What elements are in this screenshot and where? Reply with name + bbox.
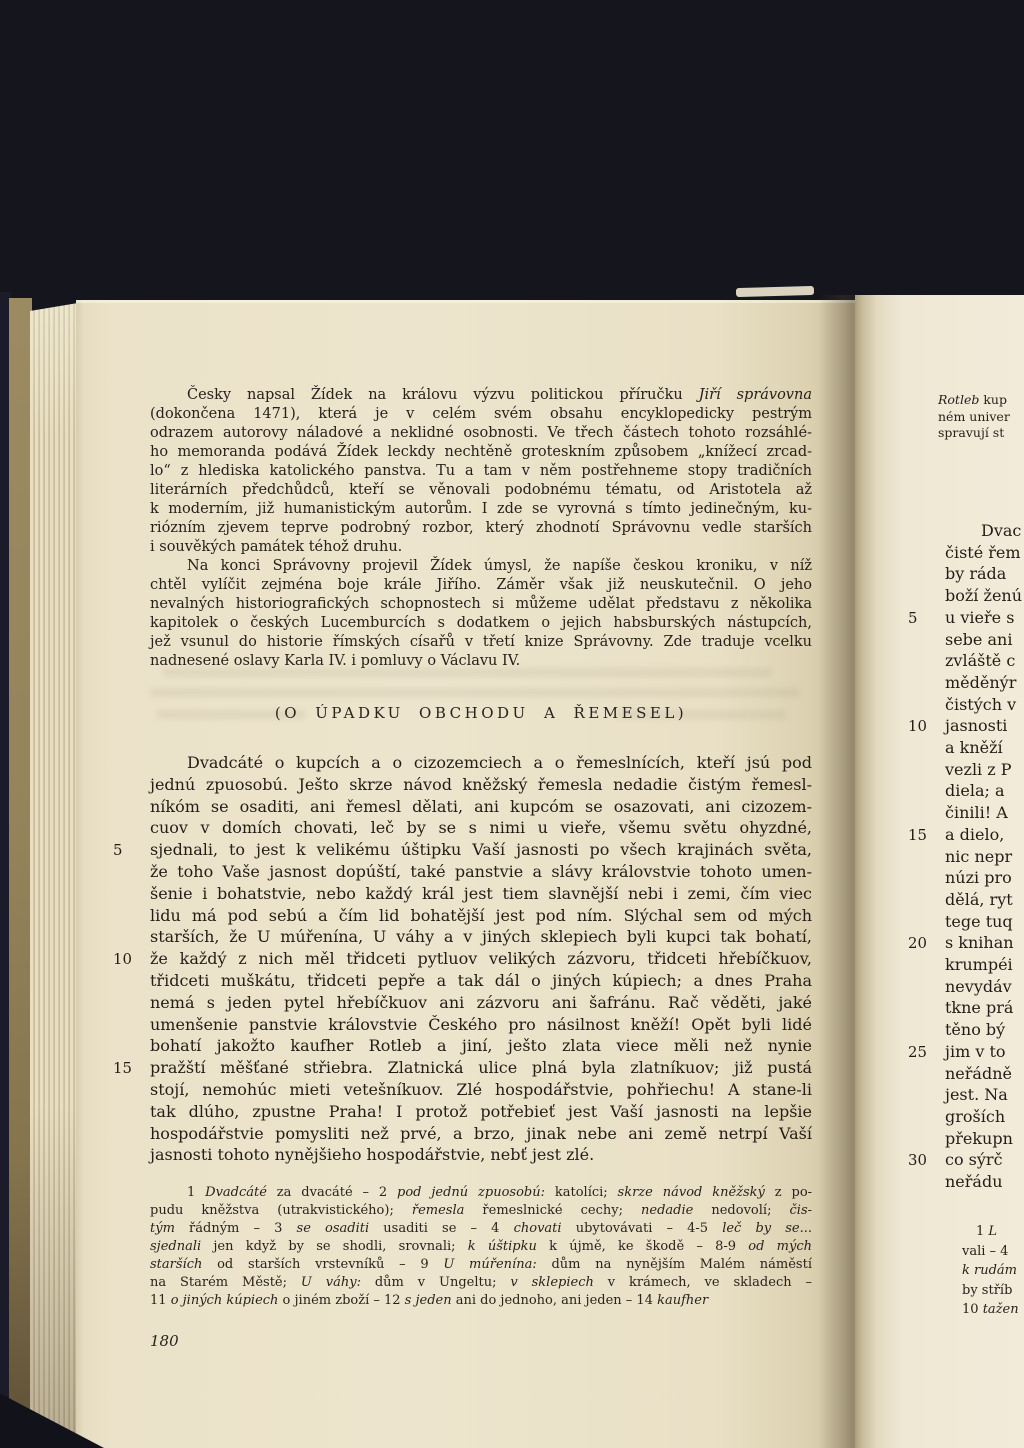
- text-segment: jednú zpuosobú. Ješto skrze návod kněžsk…: [150, 775, 812, 794]
- text-segment: vali – 4: [962, 1244, 1008, 1259]
- text-line: činili! A: [945, 802, 1024, 824]
- text-line: kapitolek o českých Lucemburcích s dodat…: [150, 614, 812, 633]
- text-segment: u vieře s: [945, 608, 1014, 627]
- text-segment: usaditi se – 4: [369, 1221, 513, 1236]
- text-line: neřádně: [945, 1063, 1024, 1085]
- text-segment-italic: k rudám: [962, 1263, 1017, 1278]
- text-segment: hospodářstvie pomysliti než prvé, a brzo…: [150, 1124, 812, 1143]
- page-fore-edges-shading: [30, 303, 78, 1448]
- text-segment: 1: [187, 1185, 205, 1200]
- text-segment: ubytovávati – 4-5: [562, 1221, 723, 1236]
- text-segment: o jiném zboží – 12: [278, 1293, 404, 1308]
- text-segment-italic: o jiných kúpiech: [171, 1293, 279, 1308]
- text-segment: Dvadcáté o kupcích a o cizozemciech a o …: [187, 753, 812, 772]
- text-segment: neřádně: [945, 1064, 1012, 1083]
- text-segment-italic: od mých: [748, 1239, 812, 1254]
- text-segment: jasnosti: [945, 716, 1007, 735]
- margin-line-number: 10: [908, 716, 936, 738]
- text-line: Dvadcáté o kupcích a o cizozemciech a o …: [150, 752, 812, 774]
- text-segment-italic: kaufher: [657, 1293, 708, 1308]
- text-line: nevydáv: [945, 976, 1024, 998]
- margin-line-number: 15: [113, 1058, 141, 1080]
- text-segment: překupn: [945, 1129, 1013, 1148]
- text-line: chtěl vylíčit zejména boje krále Jiřího.…: [150, 576, 812, 595]
- text-segment: že každý z nich měl třidceti pytluov vel…: [150, 949, 812, 968]
- text-line: tým řádným – 3 se osaditi usaditi se – 4…: [150, 1220, 812, 1238]
- intro-paragraph-1: Česky napsal Žídek na královu výzvu poli…: [150, 386, 812, 557]
- text-segment: by ráda: [945, 564, 1006, 583]
- margin-line-number: 5: [908, 608, 936, 630]
- text-line: neřádu: [945, 1171, 1024, 1193]
- text-line: 20s knihan: [945, 932, 1024, 954]
- text-segment-italic: řemesla: [412, 1203, 465, 1218]
- text-segment: i souvěkých památek téhož druhu.: [150, 539, 402, 555]
- text-segment: pudu kněžstva (utrakvistického);: [150, 1203, 412, 1218]
- text-segment: jen když by se shodli, srovnali;: [201, 1239, 468, 1254]
- text-line: 5sjednali, to jest k velikému úštipku Va…: [150, 839, 812, 861]
- text-segment: nevalných historiografických schopnostec…: [150, 596, 812, 612]
- margin-line-number: 20: [908, 933, 936, 955]
- text-segment: čisté řem: [945, 543, 1021, 562]
- text-line: 10že každý z nich měl třidceti pytluov v…: [150, 948, 812, 970]
- text-segment: níkóm se osaditi, ani řemesl dělati, ani…: [150, 797, 812, 816]
- margin-line-number: 25: [908, 1042, 936, 1064]
- text-segment: jest. Na: [945, 1085, 1008, 1104]
- edition-text-right: Dvacčisté řemby rádaboží ženú5u vieře ss…: [945, 520, 1024, 1193]
- text-segment: řemeslnické cechy;: [464, 1203, 641, 1218]
- text-line: núzi pro: [945, 867, 1024, 889]
- text-line: spravují st: [938, 425, 1024, 442]
- text-line: by stříb: [962, 1281, 1024, 1301]
- page-top-edge-highlight: [736, 286, 814, 297]
- edition-text: Dvadcáté o kupcích a o cizozemciech a o …: [150, 752, 812, 1166]
- text-segment-italic: čis-: [790, 1203, 813, 1218]
- text-line: jež vsunul do historie římských císařů v…: [150, 633, 812, 652]
- text-segment: řádným – 3: [175, 1221, 297, 1236]
- text-segment: ho memoranda podává Žídek leckdy nechtěn…: [150, 444, 812, 460]
- text-line: Na konci Správovny projevil Žídek úmysl,…: [150, 557, 812, 576]
- text-segment: od starších vrstevníků – 9: [202, 1257, 443, 1272]
- text-line: čisté řem: [945, 542, 1024, 564]
- text-segment: dům v Ungeltu;: [361, 1275, 510, 1290]
- text-segment: pražští měšťané střiebra. Zlatnická ulic…: [150, 1058, 812, 1077]
- text-segment-italic: pod jednú zpuosobú:: [397, 1185, 545, 1200]
- ink-bleed-ghost: [150, 688, 800, 697]
- text-segment-italic: L: [988, 1224, 997, 1239]
- text-segment: tkne prá: [945, 998, 1013, 1017]
- text-line: hospodářstvie pomysliti než prvé, a brzo…: [150, 1123, 812, 1145]
- text-segment: nedovolí;: [693, 1203, 789, 1218]
- book-cover-edge: [9, 298, 32, 1448]
- text-segment: núzi pro: [945, 868, 1012, 887]
- text-line: na Starém Městě; U váhy: dům v Ungeltu; …: [150, 1274, 812, 1292]
- text-segment: boží ženú: [945, 586, 1022, 605]
- text-segment: 1: [976, 1224, 988, 1239]
- text-segment-italic: Jiří správovna: [699, 387, 812, 403]
- text-line: ném univer: [938, 409, 1024, 426]
- text-line: 15pražští měšťané střiebra. Zlatnická ul…: [150, 1057, 812, 1079]
- text-line: sebe ani: [945, 629, 1024, 651]
- margin-line-number: 5: [113, 840, 141, 862]
- text-segment: odrazem autorovy náladové a neklidné oso…: [150, 425, 812, 441]
- text-segment-italic: s jeden: [405, 1293, 452, 1308]
- text-line: umenšenie panstvie královstvie Českého p…: [150, 1014, 812, 1036]
- text-line: krumpéi: [945, 954, 1024, 976]
- text-segment: kup: [979, 392, 1007, 407]
- text-segment: Na konci Správovny projevil Žídek úmysl,…: [187, 558, 812, 574]
- text-line: starších od starších vrstevníků – 9 U mú…: [150, 1256, 812, 1274]
- margin-line-number: 30: [908, 1150, 936, 1172]
- text-segment: bohatí jakožto kaufher Rotleb a jiní, je…: [150, 1036, 812, 1055]
- text-line: by ráda: [945, 563, 1024, 585]
- text-line: tege tuq: [945, 911, 1024, 933]
- text-segment-italic: tým: [150, 1221, 175, 1236]
- text-segment: 10: [962, 1302, 983, 1317]
- page-fore-edges: [30, 303, 78, 1448]
- text-segment: a kněží: [945, 738, 1003, 757]
- text-segment: k újmě, ke škodě – 8-9: [537, 1239, 748, 1254]
- text-segment: sjednali, to jest k velikému úštipku Vaš…: [150, 840, 812, 859]
- text-segment-italic: skrze návod kněžský: [618, 1185, 765, 1200]
- text-line: 15a dielo,: [945, 824, 1024, 846]
- text-segment-italic: k úštipku: [468, 1239, 537, 1254]
- text-segment: Dvac: [981, 521, 1021, 540]
- text-line: níkóm se osaditi, ani řemesl dělati, ani…: [150, 796, 812, 818]
- text-line: 1 L: [962, 1222, 1024, 1242]
- text-segment: chtěl vylíčit zejména boje krále Jiřího.…: [150, 577, 812, 593]
- text-line: 25jim v to: [945, 1041, 1024, 1063]
- text-line: cuov v domích chovati, leč by se s nimi …: [150, 817, 812, 839]
- ink-bleed-ghost: [162, 668, 772, 677]
- text-line: jednú zpuosobú. Ješto skrze návod kněžsk…: [150, 774, 812, 796]
- text-line: nic nepr: [945, 846, 1024, 868]
- footnotes-right: 1 Lvali – 4k rudámby stříb10 tažen: [962, 1222, 1024, 1320]
- right-page: Rotleb kupném universpravují st Dvacčist…: [855, 295, 1024, 1448]
- text-segment: lo“ z hlediska katolického panstva. Tu a…: [150, 463, 812, 479]
- text-line: Dvac: [945, 520, 1024, 542]
- text-line: (dokončena 1471), která je v celém svém …: [150, 405, 812, 424]
- text-line: 10 tažen: [962, 1300, 1024, 1320]
- text-line: riózním zjevem teprve podrobný rozbor, k…: [150, 519, 812, 538]
- text-segment-italic: v sklepiech: [510, 1275, 593, 1290]
- text-segment: jim v to: [945, 1042, 1006, 1061]
- text-segment: a dielo,: [945, 825, 1004, 844]
- text-segment: umenšenie panstvie královstvie Českého p…: [150, 1015, 812, 1034]
- margin-line-number: 15: [908, 825, 936, 847]
- text-line: 1 Dvadcáté za dvacáté – 2 pod jednú zpuo…: [150, 1184, 812, 1202]
- text-segment: nevydáv: [945, 977, 1012, 996]
- text-segment: by stříb: [962, 1283, 1012, 1298]
- margin-line-number: 10: [113, 949, 141, 971]
- text-line: tak dlúho, zpustne Praha! I protož potře…: [150, 1101, 812, 1123]
- text-segment: dům na nynějším Malém náměstí: [537, 1257, 812, 1272]
- text-line: odrazem autorovy náladové a neklidné oso…: [150, 424, 812, 443]
- text-segment-italic: sjednali: [150, 1239, 201, 1254]
- text-line: čistých v: [945, 694, 1024, 716]
- text-segment: měděnýr: [945, 673, 1016, 692]
- text-segment: s knihan: [945, 933, 1014, 952]
- text-line: lidu má pod sebú a čím lid bohatější jes…: [150, 905, 812, 927]
- text-line: Rotleb kup: [938, 392, 1024, 409]
- text-line: diela; a: [945, 780, 1024, 802]
- text-segment: čistých v: [945, 695, 1016, 714]
- text-segment: diela; a: [945, 781, 1005, 800]
- page-number: 180: [150, 1332, 179, 1350]
- intro-paragraph-2: Na konci Správovny projevil Žídek úmysl,…: [150, 557, 812, 671]
- text-segment-italic: U váhy:: [301, 1275, 361, 1290]
- text-line: jest. Na: [945, 1084, 1024, 1106]
- text-line: tkne prá: [945, 997, 1024, 1019]
- text-segment: neřádu: [945, 1172, 1003, 1191]
- text-segment: spravují st: [938, 425, 1004, 440]
- text-segment: co sýrč: [945, 1150, 1003, 1169]
- text-line: vezli z P: [945, 759, 1024, 781]
- text-segment: stojí, nemohúc mieti vetešníkuov. Zlé ho…: [150, 1080, 812, 1099]
- text-line: Česky napsal Žídek na královu výzvu poli…: [150, 386, 812, 405]
- text-segment: v krámech, ve skladech –: [594, 1275, 812, 1290]
- text-line: dělá, ryt: [945, 889, 1024, 911]
- text-line: nemá s jeden pytel hřebíčkuov ani zázvor…: [150, 992, 812, 1014]
- text-line: že toho Vaše jasnost dopúští, také panst…: [150, 861, 812, 883]
- text-segment: ani do jednoho, ani jeden – 14: [452, 1293, 658, 1308]
- text-segment: dělá, ryt: [945, 890, 1013, 909]
- text-line: i souvěkých památek téhož druhu.: [150, 538, 812, 557]
- section-heading: (O ÚPADKU OBCHODU A ŘEMESEL): [150, 704, 812, 722]
- text-segment-italic: leč by se...: [722, 1221, 812, 1236]
- text-line: třidceti muškátu, třidceti pepře a tak d…: [150, 970, 812, 992]
- book-photo: Česky napsal Žídek na královu výzvu poli…: [0, 0, 1024, 1448]
- text-segment: k moderním, již humanistickým autorům. I…: [150, 501, 812, 517]
- text-segment: nadnesené oslavy Karla IV. i pomluvy o V…: [150, 653, 520, 669]
- text-segment: že toho Vaše jasnost dopúští, také panst…: [150, 862, 812, 881]
- text-line: vali – 4: [962, 1242, 1024, 1262]
- left-page: Česky napsal Žídek na královu výzvu poli…: [76, 300, 855, 1448]
- text-segment-italic: U múřenína:: [443, 1257, 536, 1272]
- text-line: šenie i bohatstvie, nebo každý král jest…: [150, 883, 812, 905]
- text-segment: z po-: [765, 1185, 812, 1200]
- text-line: 11 o jiných kúpiech o jiném zboží – 12 s…: [150, 1292, 812, 1310]
- text-segment-italic: nedadie: [641, 1203, 693, 1218]
- text-line: sjednali jen když by se shodli, srovnali…: [150, 1238, 812, 1256]
- text-segment: cuov v domích chovati, leč by se s nimi …: [150, 818, 812, 837]
- text-segment: 11: [150, 1293, 171, 1308]
- text-segment: groších: [945, 1107, 1005, 1126]
- text-segment: jež vsunul do historie římských císařů v…: [150, 634, 812, 650]
- text-segment: těno bý: [945, 1020, 1005, 1039]
- text-line: 10jasnosti: [945, 715, 1024, 737]
- text-segment-italic: starších: [150, 1257, 202, 1272]
- text-segment: starších, že U múřenína, U váhy a v jiný…: [150, 927, 812, 946]
- text-segment: (dokončena 1471), která je v celém svém …: [150, 406, 812, 422]
- text-segment: jasnosti tohoto nynějšieho hospodářstvie…: [150, 1145, 594, 1164]
- text-segment-italic: chovati: [514, 1221, 562, 1236]
- text-segment: nic nepr: [945, 847, 1012, 866]
- text-line: jasnosti tohoto nynějšieho hospodářstvie…: [150, 1144, 812, 1166]
- footnotes: 1 Dvadcáté za dvacáté – 2 pod jednú zpuo…: [150, 1184, 812, 1310]
- text-line: boží ženú: [945, 585, 1024, 607]
- text-segment: krumpéi: [945, 955, 1013, 974]
- text-line: měděnýr: [945, 672, 1024, 694]
- text-segment: katolíci;: [545, 1185, 618, 1200]
- text-line: stojí, nemohúc mieti vetešníkuov. Zlé ho…: [150, 1079, 812, 1101]
- text-segment-italic: Dvadcáté: [205, 1185, 267, 1200]
- text-line: překupn: [945, 1128, 1024, 1150]
- text-line: pudu kněžstva (utrakvistického); řemesla…: [150, 1202, 812, 1220]
- text-line: lo“ z hlediska katolického panstva. Tu a…: [150, 462, 812, 481]
- text-line: nevalných historiografických schopnostec…: [150, 595, 812, 614]
- text-segment-italic: tažen: [983, 1302, 1019, 1317]
- text-segment: na Starém Městě;: [150, 1275, 301, 1290]
- text-segment: lidu má pod sebú a čím lid bohatější jes…: [150, 906, 812, 925]
- text-segment: sebe ani: [945, 630, 1012, 649]
- text-line: bohatí jakožto kaufher Rotleb a jiní, je…: [150, 1035, 812, 1057]
- text-segment-italic: se osaditi: [297, 1221, 370, 1236]
- text-segment: nemá s jeden pytel hřebíčkuov ani zázvor…: [150, 993, 812, 1012]
- text-segment: literárních předchůdců, kteří se věnoval…: [150, 482, 812, 498]
- text-line: 5u vieře s: [945, 607, 1024, 629]
- text-segment: třidceti muškátu, třidceti pepře a tak d…: [150, 971, 812, 990]
- text-segment: tak dlúho, zpustne Praha! I protož potře…: [150, 1102, 812, 1121]
- text-line: 30co sýrč: [945, 1149, 1024, 1171]
- text-segment: činili! A: [945, 803, 1008, 822]
- text-segment: Česky napsal Žídek na královu výzvu poli…: [187, 387, 699, 403]
- text-segment: šenie i bohatstvie, nebo každý král jest…: [150, 884, 812, 903]
- text-segment: riózním zjevem teprve podrobný rozbor, k…: [150, 520, 812, 536]
- text-segment: za dvacáté – 2: [267, 1185, 397, 1200]
- text-line: k rudám: [962, 1261, 1024, 1281]
- text-segment-italic: Rotleb: [938, 392, 979, 407]
- text-line: zvláště c: [945, 650, 1024, 672]
- text-line: groších: [945, 1106, 1024, 1128]
- text-line: starších, že U múřenína, U váhy a v jiný…: [150, 926, 812, 948]
- text-segment: zvláště c: [945, 651, 1015, 670]
- text-line: těno bý: [945, 1019, 1024, 1041]
- text-segment: vezli z P: [945, 760, 1012, 779]
- text-line: a kněží: [945, 737, 1024, 759]
- text-segment: ném univer: [938, 409, 1010, 424]
- text-line: literárních předchůdců, kteří se věnoval…: [150, 481, 812, 500]
- text-line: ho memoranda podává Žídek leckdy nechtěn…: [150, 443, 812, 462]
- text-segment: kapitolek o českých Lucemburcích s dodat…: [150, 615, 812, 631]
- text-segment: tege tuq: [945, 912, 1013, 931]
- text-line: k moderním, již humanistickým autorům. I…: [150, 500, 812, 519]
- footnote-runover: Rotleb kupném universpravují st: [938, 392, 1024, 442]
